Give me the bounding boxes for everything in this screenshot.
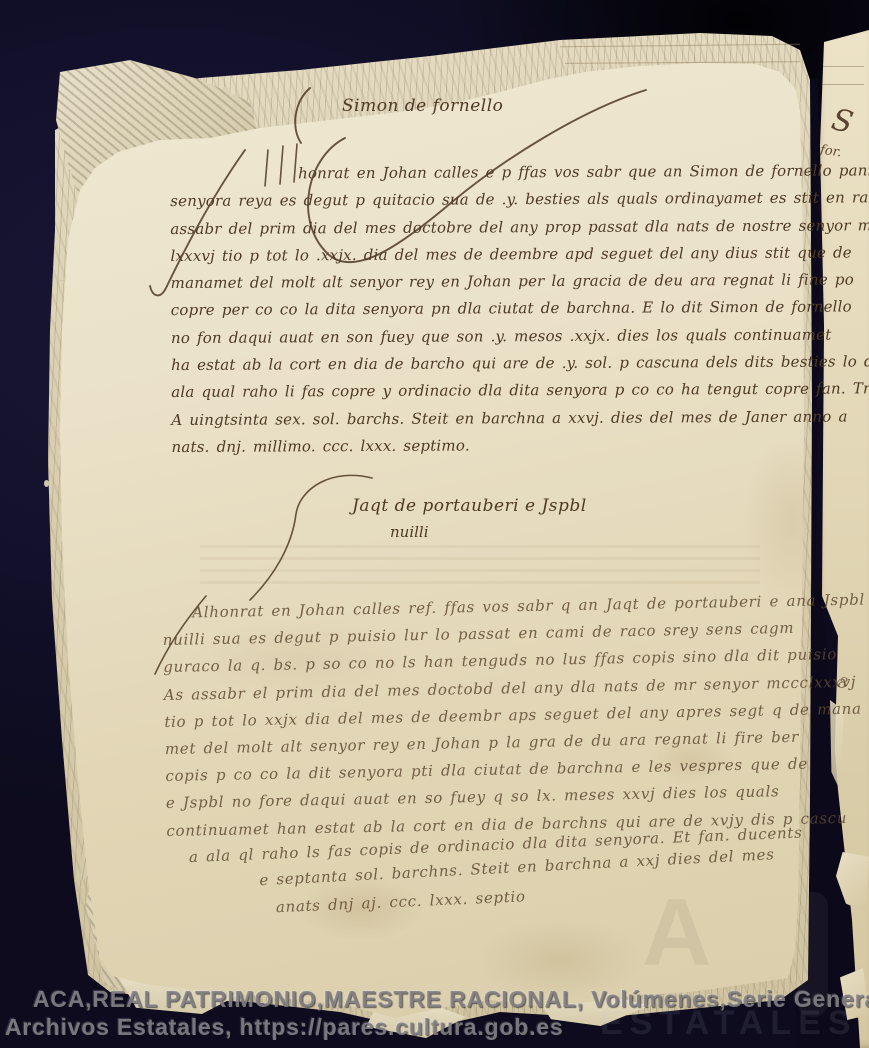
archive-url-caption: Archivos Estatales, https://pares.cultur… (5, 1014, 564, 1041)
entry2-text-block: Alhonrat en Johan calles ref. ffas vos s… (162, 587, 828, 926)
manuscript-line: lxxxvj tio p tot lo .xxjx. dia del mes d… (170, 239, 830, 270)
manuscript-line: manamet del molt alt senyor rey en Johan… (171, 267, 831, 298)
manuscript-line: senyora reya es degut p quitacio sua de … (170, 185, 830, 216)
ink-showthrough (200, 545, 760, 593)
paper-speck (44, 480, 49, 487)
manuscript-line: assabr del prim dia del mes doctobre del… (170, 212, 830, 243)
manuscript-line: copre per co co la dita senyora pn dla c… (171, 294, 831, 325)
manuscript-line: ha estat ab la cort en dia de barcho qui… (171, 349, 831, 380)
manuscript-line: A uingtsinta sex. sol. barchs. Steit en … (171, 403, 831, 434)
manuscript-line: no fon daqui auat en son fuey que son .y… (171, 321, 831, 352)
next-folio-fold-line (818, 84, 864, 85)
next-folio-fold-line (818, 66, 864, 67)
manuscript-line: nats. dnj. millimo. ccc. lxxx. septimo. (171, 431, 831, 462)
manuscript-line: ala qual raho li fas copre y ordinacio d… (171, 376, 831, 407)
manuscript-line: honrat en Johan calles e p ffas vos sabr… (170, 158, 830, 189)
archive-photo-viewer: { "source": { "caption_line1": "ACA,REAL… (0, 0, 869, 1048)
entry1-text-block: honrat en Johan calles e p ffas vos sabr… (170, 158, 832, 462)
archive-reference-caption: ACA,REAL PATRIMONIO,MAESTRE RACIONAL, Vo… (33, 986, 869, 1013)
entry2-heading: Jaqt de portauberi e Jspbl (352, 496, 587, 516)
entry2-heading-sub: nuilli (390, 523, 429, 541)
next-folio-flourish-letter: S (828, 102, 856, 141)
entry1-heading: Simon de fornello (342, 96, 503, 116)
